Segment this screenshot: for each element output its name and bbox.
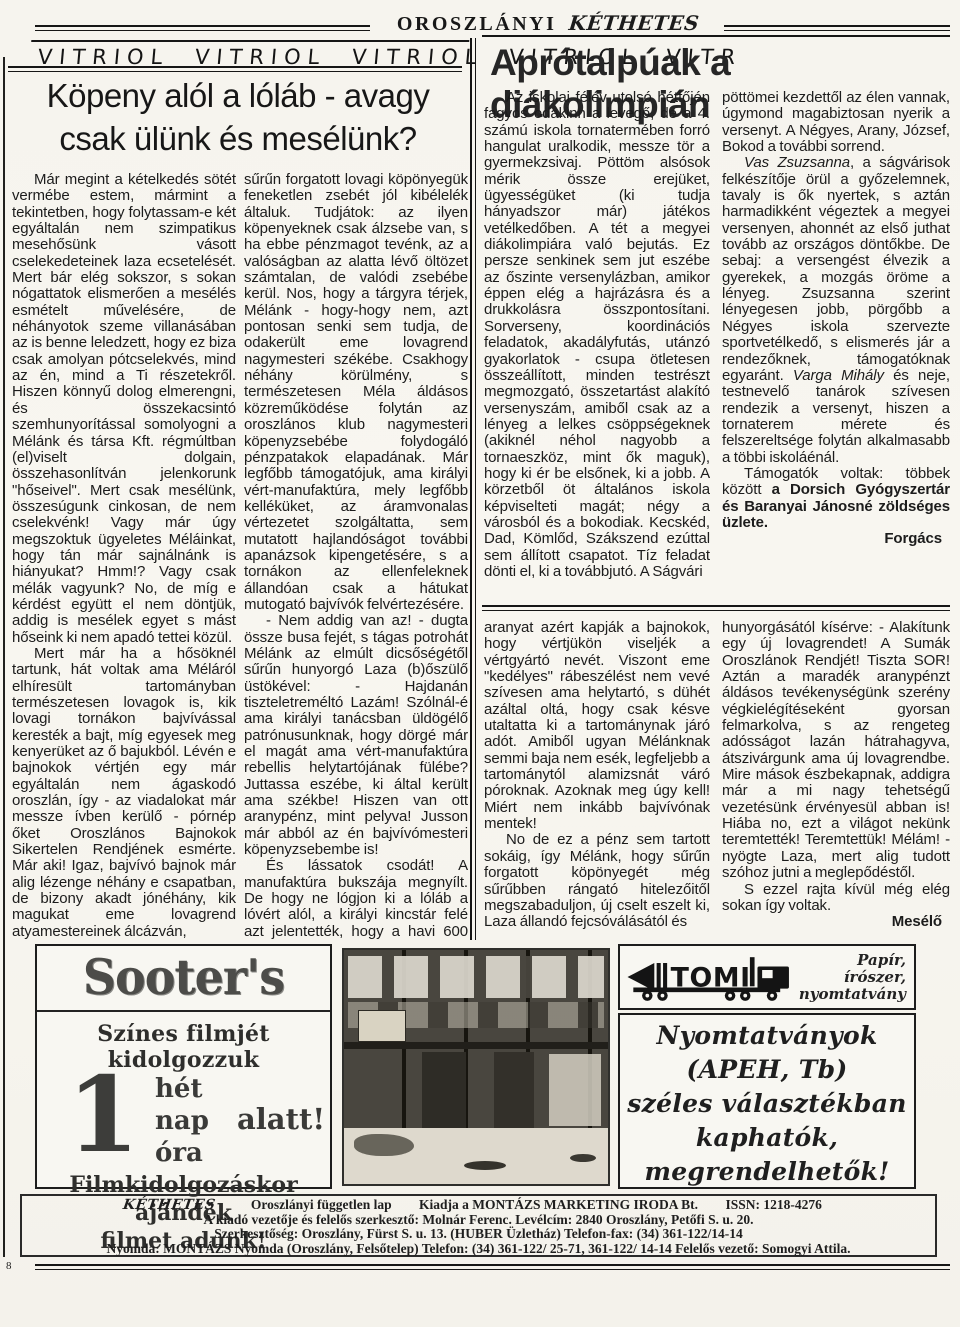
imprint-tagline: Oroszlányi független lap [251, 1197, 392, 1212]
imprint-publisher: Kiadja a MONTÁZS MARKETING IRODA Bt. [419, 1197, 698, 1212]
page-edge-line [3, 57, 5, 1257]
supporters-paragraph: Támogatók voltak: többek között a Dorsic… [722, 466, 950, 531]
paragraph: pöttömei kezdettől az élen vannak, úgymo… [722, 90, 950, 155]
paragraph: Már megint a kételkedés sötét vermébe es… [12, 172, 236, 646]
column-separator [470, 38, 476, 940]
section-divider [482, 605, 950, 611]
right-article-column-2: pöttömei kezdettől az élen vannak, úgymo… [722, 90, 950, 602]
photo-fragment [354, 1134, 414, 1156]
forms-line-3: széles választékban [627, 1089, 906, 1118]
tagline-line-2: írószer, [844, 968, 906, 986]
photo-fragment [549, 1054, 601, 1126]
storefront-photo [342, 948, 610, 1186]
sooters-logo: Sooter's [37, 946, 330, 1012]
masthead-rule-right [724, 25, 950, 31]
masthead-city: OROSZLÁNYI [397, 13, 556, 35]
imprint-issn: ISSN: 1218-4276 [725, 1197, 821, 1212]
masthead-rule-left [35, 25, 370, 31]
imprint-line-2: A kiadó vezetője és felelős szerkesztő: … [22, 1213, 935, 1228]
paragraph: Mert már ha a hősöknél tartunk, hát volt… [12, 646, 236, 940]
left-article-column-1: Már megint a kételkedés sötét vermébe es… [12, 172, 236, 942]
within-label: alatt! [237, 1102, 325, 1136]
right-article-top-rule [482, 35, 950, 37]
left-article-title-line1: Köpeny alól a lóláb - avagy [47, 77, 430, 114]
sooters-ad: Sooter's Színes filmjét kidolgozzuk 1 hé… [35, 944, 332, 1189]
photo-fragment [348, 956, 604, 998]
byline-meselo: Mesélő [722, 914, 950, 930]
imprint-logo: KÉTHETES [122, 1198, 216, 1213]
photo-fragment [464, 1161, 506, 1170]
photo-fragment [422, 1052, 466, 1130]
bottom-rule [35, 1264, 950, 1270]
imprint-line-4: Nyomda: MONTÁZS Nyomda (Oroszlány, Felső… [22, 1242, 935, 1257]
paragraph-text: , a ságvárisok felkészítője örül a győze… [722, 154, 950, 383]
forms-line-5: megrendelhetők! [644, 1157, 889, 1186]
tomi-tagline: Papír, írószer, nyomtatvány [799, 952, 906, 1003]
unit-hour: óra [155, 1138, 203, 1168]
photo-fragment [494, 1052, 534, 1130]
paragraph: sűrűn forgatott lovagi köpönyegük feneke… [244, 172, 468, 613]
tagline-line-1: Papír, [857, 951, 906, 969]
paragraph: - Nem addig van az! - dugta össze busa f… [244, 613, 468, 858]
vitriol-underline [8, 66, 462, 72]
paragraph: Az iskolai félév utolsó hétfőjén fagyos … [484, 90, 710, 580]
big-number-1: 1 [67, 1065, 139, 1165]
forms-line-2: (APEH, Tb) [686, 1055, 847, 1084]
photo-fragment [344, 1042, 608, 1049]
right-article-column-1: Az iskolai félév utolsó hétfőjén fagyos … [484, 90, 710, 602]
tagline-line-3: nyomtatvány [799, 985, 906, 1003]
page-number: 8 [6, 1260, 12, 1272]
left-article-column-2: sűrűn forgatott lovagi köpönyegük feneke… [244, 172, 468, 942]
unit-week: hét [155, 1074, 202, 1104]
continuation-column-2: hunyorgásától kísérve: - Alakítunk egy ú… [722, 620, 950, 938]
byline-forgacs: Forgács [722, 531, 950, 547]
imprint-box: KÉTHETES Oroszlányi független lap Kiadja… [20, 1194, 937, 1257]
photo-fragment [570, 1154, 596, 1162]
tomi-ad-logo-box: TOMI Papír, írószer, nyomtatvány [618, 944, 916, 1010]
left-article-title: Köpeny alól a lóláb - avagy csak ülünk é… [8, 74, 468, 160]
forms-line-1: Nyomtatványok [656, 1021, 877, 1050]
time-units: hét nap óra [155, 1073, 209, 1169]
paragraph: És lássatok csodát! A manufaktúra bukszá… [244, 858, 468, 942]
sooters-offer: 1 hét nap óra alatt! [37, 1073, 330, 1171]
person-name: Varga Mihály [793, 367, 884, 384]
newspaper-page: OROSZLÁNYI KÉTHETES VITRIOL VITRIOL VITR… [0, 0, 960, 1327]
left-article-title-line2: csak ülünk és mesélünk? [59, 120, 416, 157]
paragraph: No de ez a pénz sem tartott sokáig, így … [484, 832, 710, 930]
imprint-line-1: KÉTHETES Oroszlányi független lap Kiadja… [22, 1198, 935, 1213]
photo-fragment [358, 1010, 406, 1042]
continuation-column-1: aranyat azért kapják a bajnokok, hogy vé… [484, 620, 710, 938]
paragraph: hunyorgásától kísérve: - Alakítunk egy ú… [722, 620, 950, 882]
sooters-logo-text: Sooter's [83, 948, 284, 1005]
imprint-line-3: Szerkesztőség: Oroszlány, Fürst S. u. 13… [22, 1227, 935, 1242]
tomi-truck-pencil-logo-icon: TOMI [624, 948, 799, 1006]
forms-ad: Nyomtatványok (APEH, Tb) széles választé… [618, 1013, 916, 1189]
person-name: Vas Zsuzsanna [744, 154, 850, 171]
paragraph: Vas Zsuzsanna, a ságvárisok felkészítője… [722, 155, 950, 466]
masthead-logo: KÉTHETES [568, 11, 701, 35]
paragraph: S ezzel rajta kívül még elég sokan így v… [722, 882, 950, 915]
forms-line-4: kaphatók, [696, 1123, 838, 1152]
masthead: OROSZLÁNYI KÉTHETES [372, 11, 724, 36]
paragraph: aranyat azért kapják a bajnokok, hogy vé… [484, 620, 710, 832]
unit-day: nap [155, 1106, 209, 1136]
